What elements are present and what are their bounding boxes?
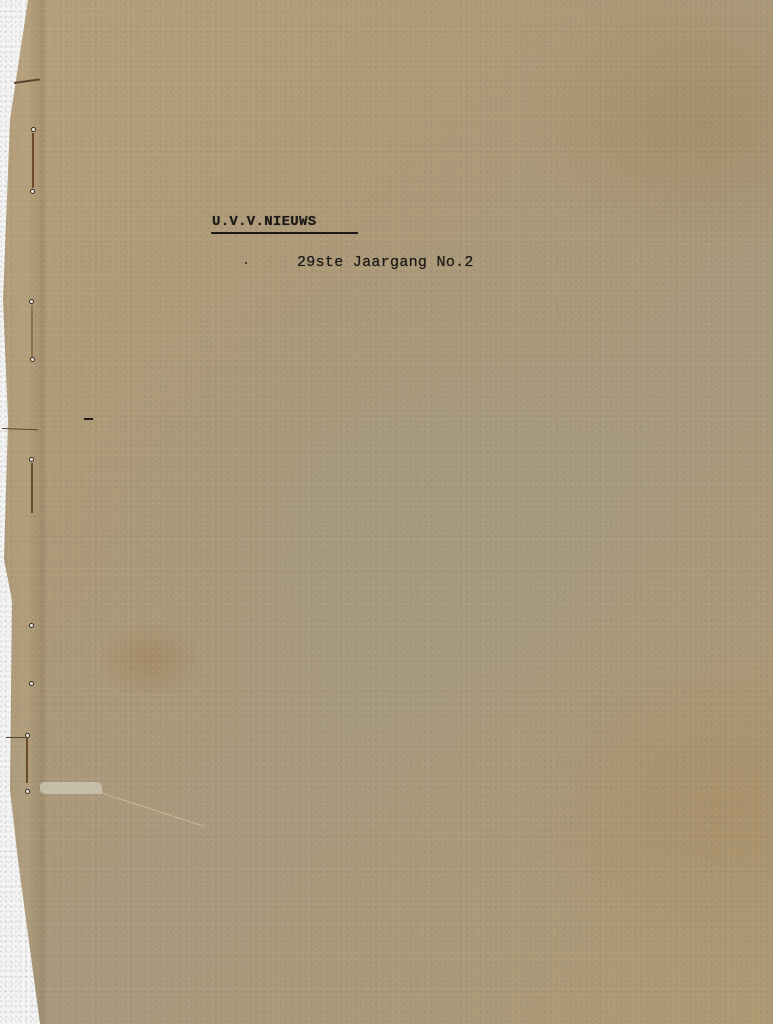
stitch-hole (32, 128, 35, 131)
paper-tear (6, 737, 26, 738)
document-title: U.V.V.NIEUWS (212, 214, 316, 230)
paper-flake (40, 782, 102, 794)
stitch-hole (30, 682, 33, 685)
stitch-hole (26, 790, 29, 793)
paper-texture (0, 0, 773, 1024)
stitch-hole (31, 190, 34, 193)
ink-mark (84, 418, 93, 420)
stitch-hole (30, 300, 33, 303)
stitch-hole (26, 734, 29, 737)
issue-label: 29ste Jaargang No.2 (297, 254, 474, 271)
binding-thread (26, 738, 28, 783)
stitch-hole (30, 458, 33, 461)
binding-thread (32, 133, 34, 188)
stitch-hole (30, 624, 33, 627)
ink-dot (245, 262, 247, 264)
stitch-hole (31, 358, 34, 361)
binding-thread (31, 463, 33, 513)
binding-thread (31, 305, 33, 360)
title-underline (211, 232, 358, 234)
